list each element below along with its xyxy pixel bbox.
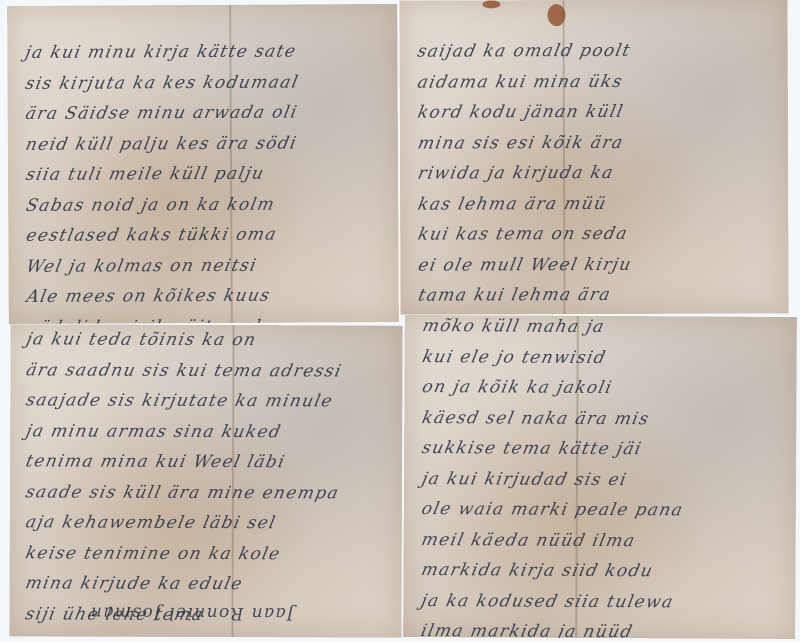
handwritten-line: riwida ja kirjuda ka <box>415 158 635 189</box>
handwritten-line: saade sis küll ära mine enempa <box>23 477 345 509</box>
handwritten-line: sis kirjuta ka kes kodumaal <box>22 67 301 99</box>
upside-down-signature: Jaan Ronniel Josman <box>90 603 294 624</box>
handwritten-line: tama kui lehma ära <box>415 280 635 311</box>
handwritten-line: ja kui teda tõinis ka on <box>23 324 345 356</box>
handwritten-line: neid küll palju kes ära södi <box>23 128 302 160</box>
handwritten-line: mina kirjude ka edule <box>22 568 344 600</box>
handwritten-line: kui ele jo tenwisid <box>419 342 687 374</box>
handwritten-line: ilma markida ja nüüd <box>418 616 686 639</box>
handwritten-line: aidama kui mina üks <box>415 66 635 97</box>
handwritten-line: Sabas noid ja on ka kolm <box>23 189 302 221</box>
letter-panel-top-left: ja kui minu kirja kätte sate sis kirjuta… <box>7 4 399 324</box>
handwritten-line: kas lehma ära müü <box>415 188 635 219</box>
handwritten-line: ole waia marki peale pana <box>419 494 687 526</box>
handwritten-line: kord kodu jänan küll <box>415 97 635 128</box>
handwritten-line: ja ka kodused siia tulewa <box>418 586 686 618</box>
rust-stain <box>547 4 565 26</box>
handwritten-text-block: ja kui teda tõinis ka on ära saadnu sis … <box>25 324 341 630</box>
handwritten-line: meil käeda nüüd ilma <box>418 525 686 557</box>
handwritten-line: mina sis esi kõik ära <box>415 127 635 158</box>
handwritten-line: markida kirja siid kodu <box>418 555 686 587</box>
handwritten-text-block: saijad ka omald poolt aidama kui mina ük… <box>418 36 632 315</box>
rust-stain <box>482 0 500 8</box>
handwritten-line: ära saadnu sis kui tema adressi <box>23 355 345 387</box>
handwritten-line: ei ole mull Weel kirju <box>415 249 635 280</box>
handwritten-line: müüsid sis ära hoia <box>415 310 635 314</box>
handwritten-line: sukkise tema kätte jäi <box>419 433 687 465</box>
handwritten-line: aja kehawembele läbi sel <box>23 507 345 539</box>
handwritten-line: ja kui minu kirja kätte sate <box>22 36 301 68</box>
handwritten-line: siia tuli meile küll palju <box>23 158 302 190</box>
handwritten-line: tenima mina kui Weel läbi <box>23 446 345 478</box>
handwritten-line: Ale mees on kõikes kuus <box>24 280 303 312</box>
handwritten-line: saijad ka omald poolt <box>414 36 634 67</box>
handwritten-line: on ja kõik ka jakoli <box>419 372 687 404</box>
handwritten-line: saajade sis kirjutate ka minule <box>23 385 345 417</box>
handwritten-line: ära Säidse minu arwada oli <box>23 97 302 129</box>
handwritten-line: nädalid naisiko üiten elanu <box>24 311 303 324</box>
letter-panel-top-right: saijad ka omald poolt aidama kui mina ük… <box>399 0 788 315</box>
handwritten-line: ja kui kirjudad sis ei <box>419 464 687 496</box>
handwritten-line: ja minu armas sina kuked <box>23 416 345 448</box>
handwritten-text-block: ja kui minu kirja kätte sate sis kirjuta… <box>25 36 300 324</box>
handwritten-line: käesd sel naka ära mis <box>419 403 687 435</box>
handwritten-line: Wel ja kolmas on neitsi <box>23 250 302 282</box>
letter-panel-bottom-left: ja kui teda tõinis ka on ära saadnu sis … <box>9 324 402 637</box>
handwritten-line: kui kas tema on seda <box>415 219 635 250</box>
handwritten-text-block: mõko küll maha ja kui ele jo tenwisid on… <box>421 315 684 639</box>
letter-panel-bottom-right: mõko küll maha ja kui ele jo tenwisid on… <box>403 315 797 639</box>
handwritten-line: mõko küll maha ja <box>419 315 687 343</box>
handwritten-line: keise tenimine on ka kole <box>22 538 344 570</box>
handwritten-line: eestlased kaks tükki oma <box>23 219 302 251</box>
